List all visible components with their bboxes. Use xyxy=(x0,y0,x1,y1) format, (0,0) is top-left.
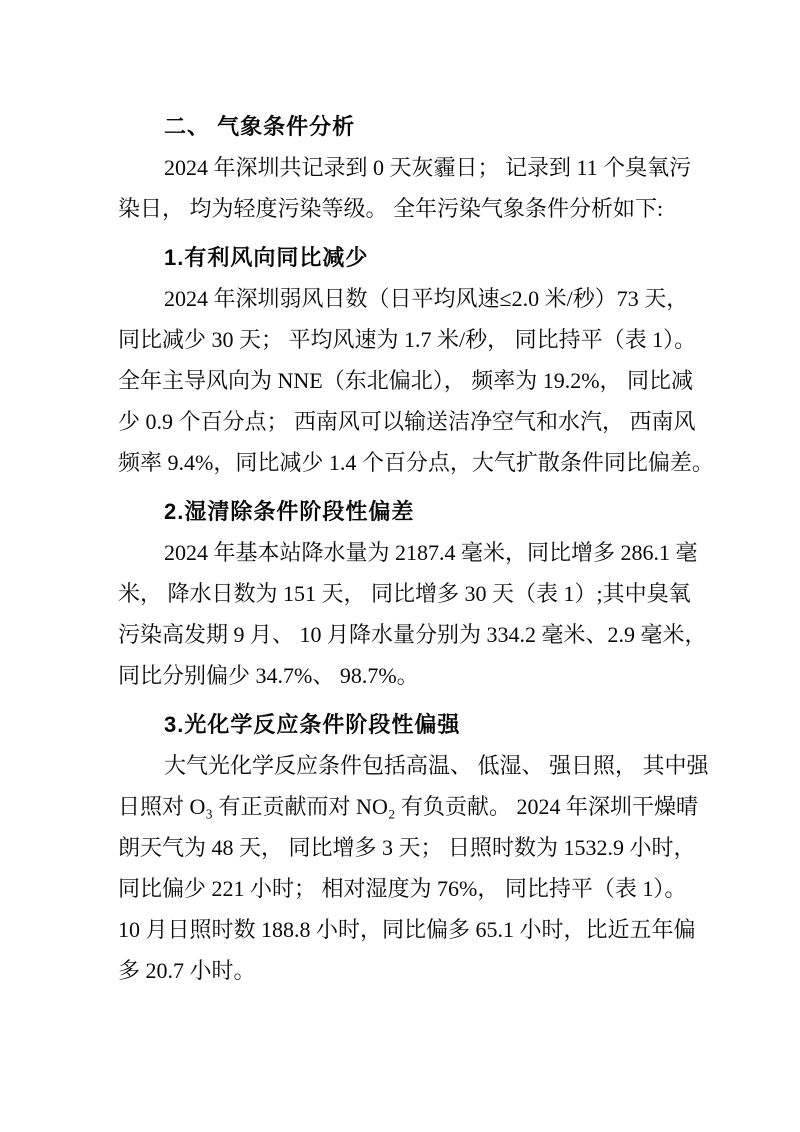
intro-paragraph: 2024 年深圳共记录到 0 天灰霾日； 记录到 11 个臭氧污 染日， 均为轻… xyxy=(118,147,686,229)
text-line: 日照对 O₃ 有正贡献而对 NO₂ 有负贡献。 2024 年深圳干燥晴 xyxy=(118,786,686,827)
document-page: 二、 气象条件分析 2024 年深圳共记录到 0 天灰霾日； 记录到 11 个臭… xyxy=(0,0,800,1132)
section-heading-1: 1.有利风向同比减少 xyxy=(118,237,686,278)
text-line: 频率 9.4%，同比减少 1.4 个百分点，大气扩散条件同比偏差。 xyxy=(118,442,686,483)
text-line: 多 20.7 小时。 xyxy=(118,950,686,991)
section-3-paragraph: 大气光化学反应条件包括高温、 低湿、 强日照， 其中强 日照对 O₃ 有正贡献而… xyxy=(118,745,686,991)
text-line: 大气光化学反应条件包括高温、 低湿、 强日照， 其中强 xyxy=(118,745,686,786)
text-line: 朗天气为 48 天， 同比增多 3 天； 日照时数为 1532.9 小时， xyxy=(118,827,686,868)
text-line: 2024 年深圳弱风日数（日平均风速≤2.0 米/秒）73 天， xyxy=(118,278,686,319)
text-line: 同比分别偏少 34.7%、 98.7%。 xyxy=(118,655,686,696)
text-line: 少 0.9 个百分点； 西南风可以输送洁净空气和水汽， 西南风 xyxy=(118,401,686,442)
section-heading-3: 3.光化学反应条件阶段性偏强 xyxy=(118,704,686,745)
text-line: 米， 降水日数为 151 天， 同比增多 30 天（表 1）;其中臭氧 xyxy=(118,573,686,614)
text-line: 全年主导风向为 NNE（东北偏北）， 频率为 19.2%， 同比减 xyxy=(118,360,686,401)
text-line: 污染高发期 9 月、 10 月降水量分别为 334.2 毫米、2.9 毫米， xyxy=(118,614,686,655)
section-1-paragraph: 2024 年深圳弱风日数（日平均风速≤2.0 米/秒）73 天， 同比减少 30… xyxy=(118,278,686,483)
document-content: 二、 气象条件分析 2024 年深圳共记录到 0 天灰霾日； 记录到 11 个臭… xyxy=(118,0,686,991)
text-line: 2024 年基本站降水量为 2187.4 毫米，同比增多 286.1 毫 xyxy=(118,532,686,573)
section-heading-2: 2.湿清除条件阶段性偏差 xyxy=(118,491,686,532)
text-line: 同比偏少 221 小时； 相对湿度为 76%， 同比持平（表 1）。 xyxy=(118,868,686,909)
section-2-paragraph: 2024 年基本站降水量为 2187.4 毫米，同比增多 286.1 毫 米， … xyxy=(118,532,686,696)
document-title: 二、 气象条件分析 xyxy=(118,106,686,147)
text-line: 10 月日照时数 188.8 小时，同比偏多 65.1 小时，比近五年偏 xyxy=(118,909,686,950)
text-line: 染日， 均为轻度污染等级。 全年污染气象条件分析如下: xyxy=(118,188,686,229)
text-line: 同比减少 30 天； 平均风速为 1.7 米/秒， 同比持平（表 1）。 xyxy=(118,319,686,360)
text-line: 2024 年深圳共记录到 0 天灰霾日； 记录到 11 个臭氧污 xyxy=(118,147,686,188)
